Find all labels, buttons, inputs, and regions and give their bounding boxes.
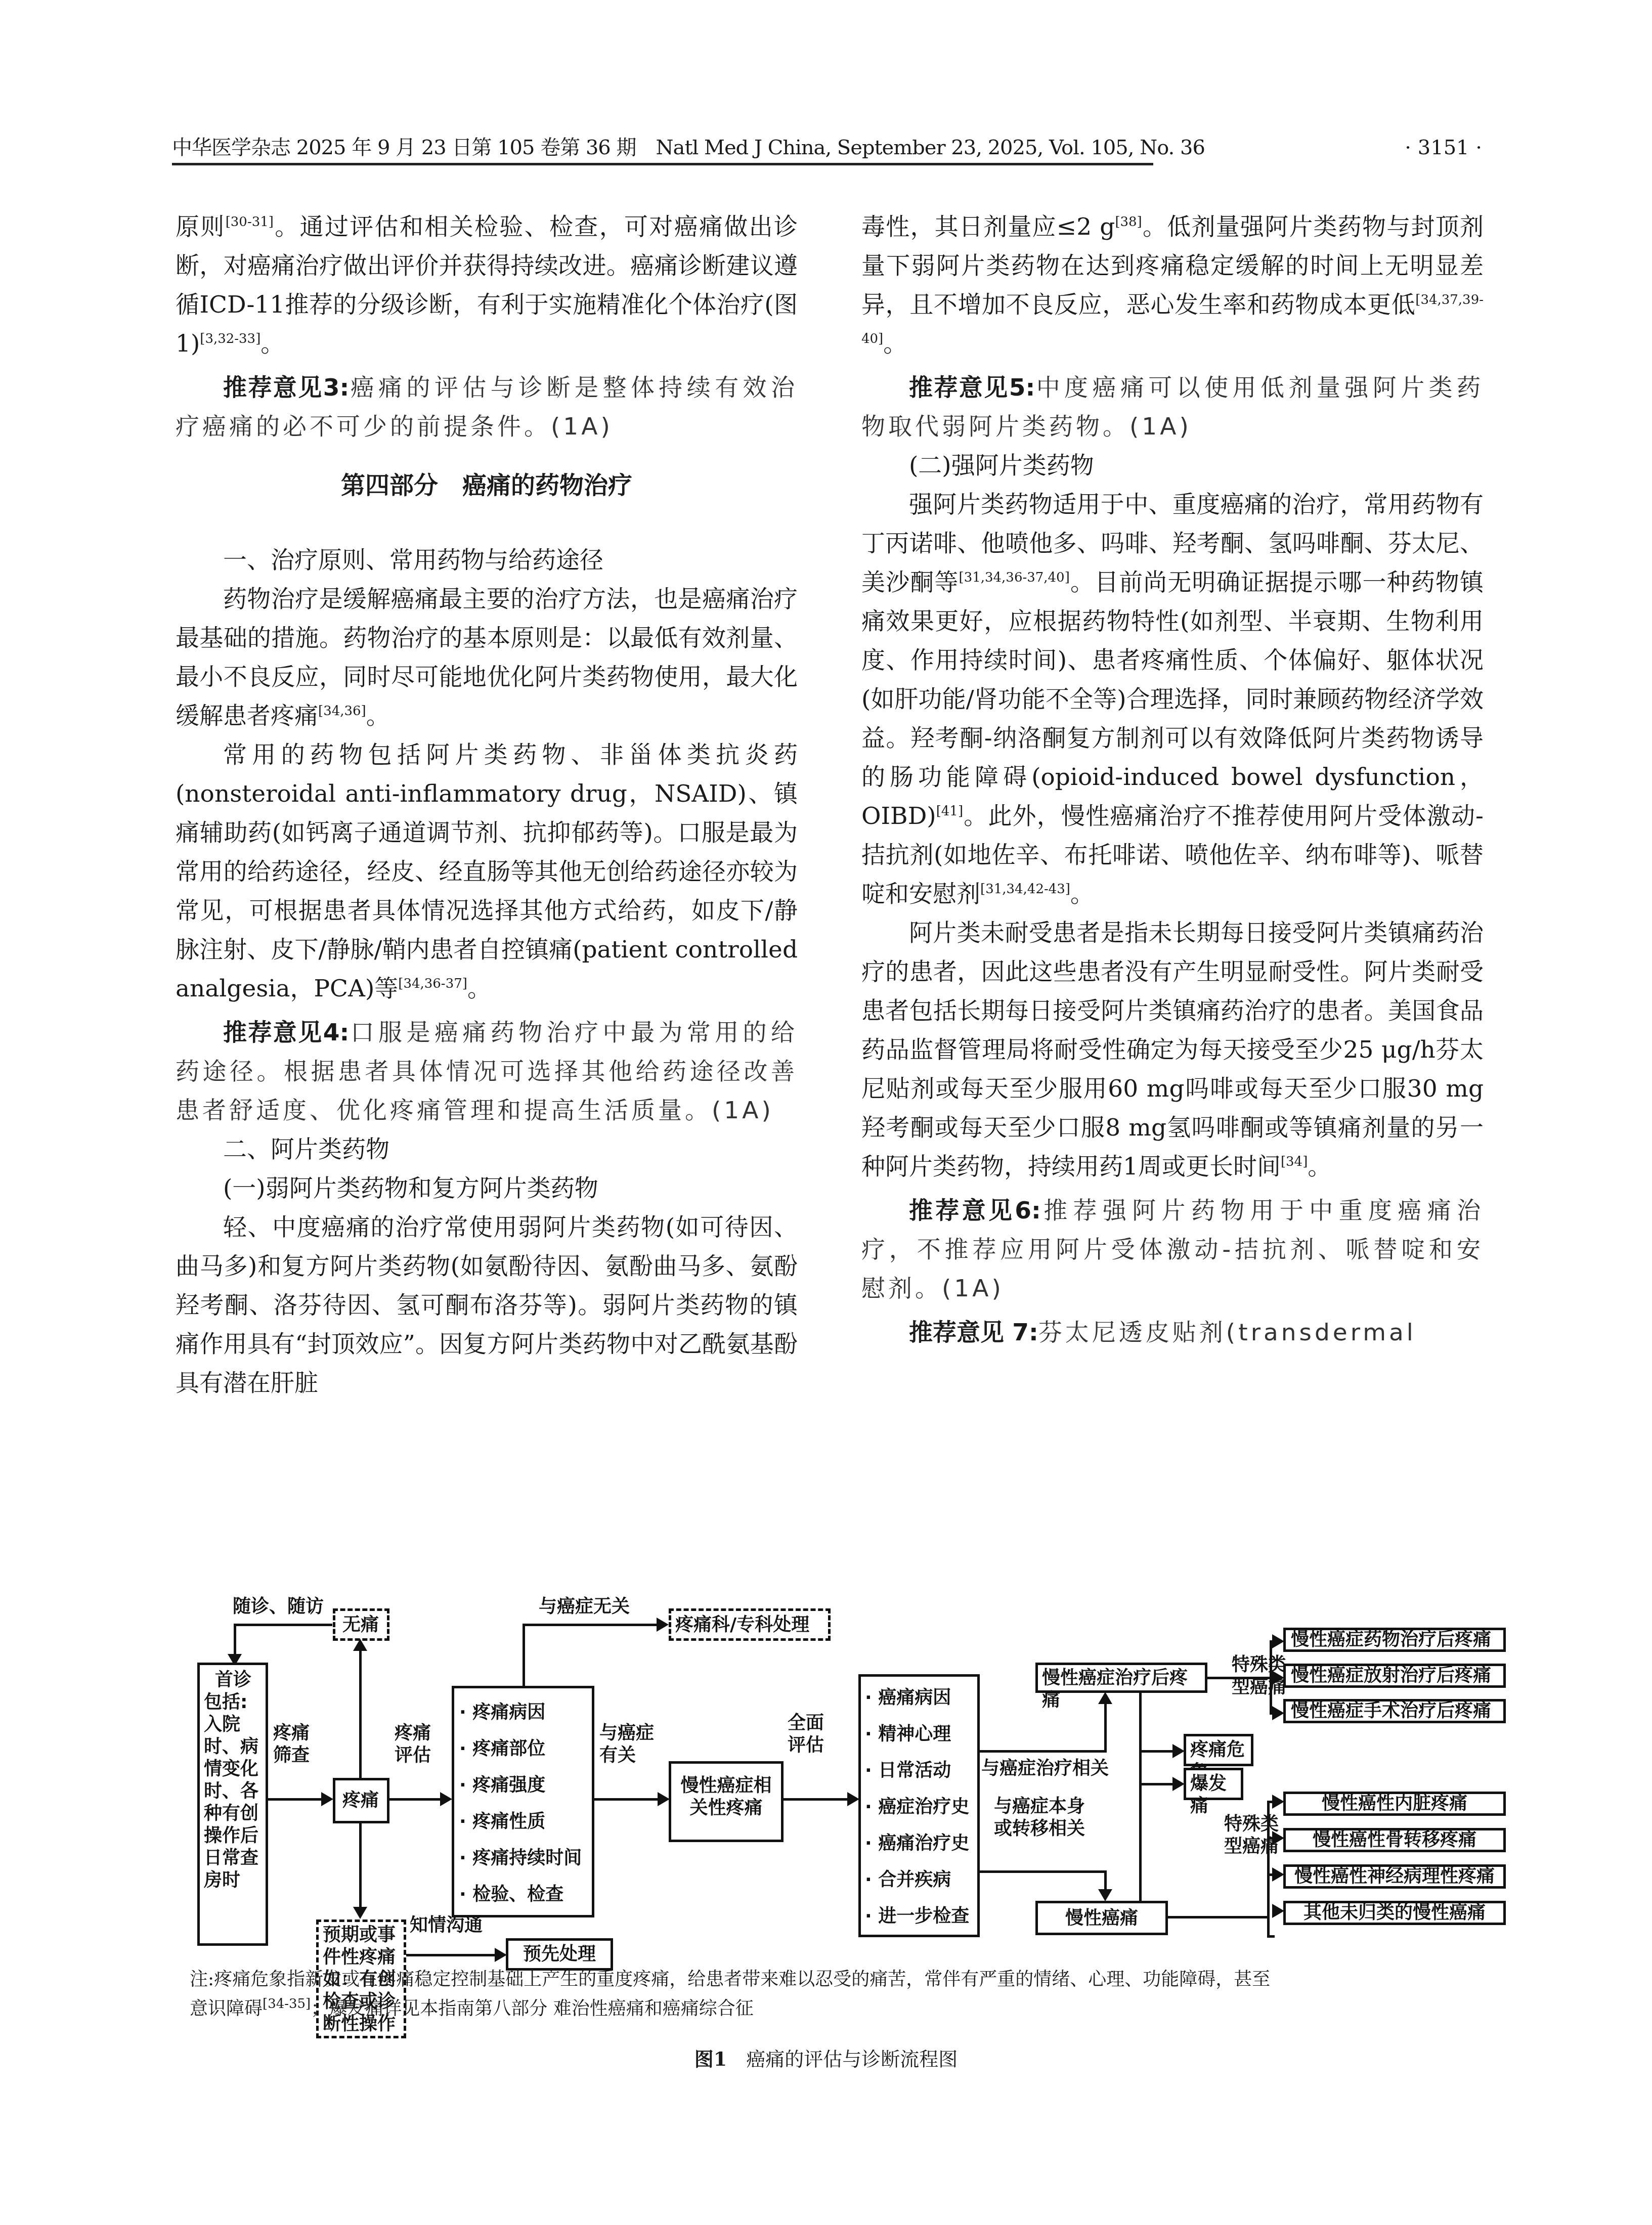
connector [523, 1624, 525, 1686]
paragraph: 药物治疗是缓解癌痛最主要的治疗方法，也是癌痛治疗最基础的措施。药物治疗的基本原则… [176, 580, 798, 735]
arrow-right-icon [1272, 1904, 1284, 1918]
recommendation-7: 推荐意见 7:芬太尼透皮贴剂(transdermal [861, 1313, 1484, 1352]
node-first-visit: 首诊 包括: 入院 时、病 情变化 时、各 种有创 操作后 日常查 房时 [197, 1663, 268, 1946]
node-assessment-items: · 疼痛病因 · 疼痛部位 · 疼痛强度 · 疼痛性质 · 疼痛持续时间 · 检… [452, 1686, 594, 1917]
arrow-right-icon [657, 1618, 669, 1632]
flowchart-figure: 随诊、随访 无痛 首诊 包括: 入院 时、病 情变化 时、各 种有创 操作后 日… [172, 1598, 1517, 1962]
edge-label-unrelated: 与癌症无关 [539, 1596, 630, 1618]
figure-title: 癌痛的评估与诊断流程图 [746, 2048, 958, 2070]
heading-2-2: (二)强阿片类药物 [861, 446, 1484, 485]
node-full-assessment-items: · 癌痛病因 · 精神心理 · 日常活动 · 癌症治疗史 · 癌痛治疗史 · 合… [858, 1674, 980, 1937]
citation[interactable]: [30-31] [226, 214, 274, 230]
arrow-up-icon [353, 1639, 367, 1651]
figure-caption: 图1 癌痛的评估与诊断流程图 [0, 2043, 1652, 2071]
connector [1139, 1750, 1175, 1753]
citation[interactable]: [38] [1115, 214, 1142, 230]
connector [594, 1798, 660, 1801]
edge-label-followup: 随诊、随访 [233, 1596, 324, 1618]
edge-label-informed: 知情沟通 [410, 1914, 483, 1937]
paragraph: 常用的药物包括阿片类药物、非甾体类抗炎药(nonsteroidal anti-i… [176, 735, 798, 1008]
edge-label-screen: 疼痛筛查 [273, 1722, 310, 1767]
arrow-right-icon [1272, 1867, 1284, 1882]
citation[interactable]: [34-35] [263, 1996, 311, 2012]
connector [1104, 1699, 1107, 1753]
connector [359, 1823, 362, 1909]
connector [1207, 1677, 1271, 1679]
left-column: 原则[30-31]。通过评估和相关检验、检查，可对癌痛做出诊断，对癌痛治疗做出评… [176, 207, 798, 1403]
heading-2: 二、阿片类药物 [176, 1130, 798, 1169]
node-visceral-pain: 慢性癌性内脏疼痛 [1283, 1792, 1506, 1816]
connector [523, 1624, 659, 1626]
node-chronic-cancer-pain: 慢性癌痛 [1035, 1901, 1168, 1935]
node-no-pain: 无痛 [333, 1608, 389, 1641]
connector [359, 1649, 362, 1778]
connector [268, 1798, 324, 1801]
heading-1: 一、治疗原则、常用药物与给药途径 [176, 541, 798, 580]
arrow-right-icon [847, 1792, 859, 1806]
paragraph: 强阿片类药物适用于中、重度癌痛的治疗，常用药物有丁丙诺啡、他喷他多、吗啡、羟考酮… [861, 485, 1484, 913]
header-rule [172, 163, 1153, 165]
arrow-down-icon [1098, 1889, 1112, 1901]
citation[interactable]: [34] [1281, 1154, 1308, 1169]
citation[interactable]: [34,36-37] [398, 976, 467, 991]
paragraph: 阿片类未耐受患者是指未长期每日接受阿片类镇痛药治疗的患者，因此这些患者没有产生明… [861, 913, 1484, 1186]
arrow-right-icon [658, 1792, 670, 1806]
connector [1104, 1870, 1107, 1891]
connector [980, 1750, 1106, 1753]
edge-label-cancer-itself: 与癌症本身或转移相关 [994, 1796, 1085, 1840]
connector [1139, 1693, 1142, 1903]
recommendation-6: 推荐意见6:推荐强阿片药物用于中重度癌痛治疗，不推荐应用阿片受体激动-拮抗剂、哌… [861, 1191, 1484, 1308]
arrow-right-icon [1172, 1744, 1185, 1758]
node-unclassified-pain: 其他未归类的慢性癌痛 [1283, 1901, 1506, 1925]
page-number: · 3151 · [1405, 133, 1482, 163]
node-pain: 疼痛 [333, 1778, 389, 1823]
paragraph: 原则[30-31]。通过评估和相关检验、检查，可对癌痛做出诊断，对癌痛治疗做出评… [176, 207, 798, 363]
node-post-drug-pain: 慢性癌症药物治疗后疼痛 [1283, 1628, 1506, 1652]
node-neuropathic-pain: 慢性癌性神经病理性疼痛 [1283, 1864, 1506, 1889]
edge-label-assess: 疼痛评估 [395, 1722, 431, 1767]
arrow-up-icon [1098, 1692, 1112, 1704]
journal-info: 中华医学杂志 2025 年 9 月 23 日第 105 卷第 36 期 Natl… [172, 133, 1205, 163]
node-cancer-related-pain: 慢性癌症相关性疼痛 [669, 1761, 784, 1842]
connector [1267, 1801, 1270, 1937]
edge-label-related: 与癌症有关 [599, 1722, 654, 1767]
arrow-right-icon [321, 1792, 333, 1806]
connector [784, 1798, 849, 1801]
arrow-right-icon [1272, 1795, 1284, 1809]
connector [234, 1624, 332, 1626]
connector [389, 1798, 443, 1801]
recommendation-3: 推荐意见3:癌痛的评估与诊断是整体持续有效治疗癌痛的必不可少的前提条件。(1A) [176, 368, 798, 446]
heading-2-1: (一)弱阿片类药物和复方阿片类药物 [176, 1169, 798, 1208]
citation[interactable]: [41] [936, 804, 963, 819]
node-bone-metastasis-pain: 慢性癌性骨转移疼痛 [1283, 1828, 1506, 1852]
arrow-right-icon [1272, 1706, 1284, 1720]
node-post-treatment-pain: 慢性癌症治疗后疼痛 [1035, 1663, 1207, 1693]
node-breakthrough-pain: 爆发痛 [1184, 1768, 1243, 1800]
arrow-right-icon [1272, 1831, 1284, 1845]
citation[interactable]: [34,36] [318, 704, 366, 719]
edge-label-treatment-related: 与癌症治疗相关 [981, 1758, 1109, 1780]
recommendation-4: 推荐意见4:口服是癌痛药物治疗中最为常用的给药途径。根据患者具体情况可选择其他给… [176, 1013, 798, 1130]
arrow-right-icon [495, 1948, 507, 1962]
connector [1267, 1935, 1275, 1938]
arrow-right-icon [1272, 1671, 1284, 1685]
node-post-radiation-pain: 慢性癌症放射治疗后疼痛 [1283, 1664, 1506, 1688]
node-pain-department: 疼痛科/专科处理 [669, 1608, 831, 1641]
connector [1168, 1916, 1269, 1918]
section-title: 第四部分 癌痛的药物治疗 [176, 466, 798, 505]
edge-label-special-2: 特殊类型癌痛 [1224, 1813, 1279, 1858]
node-post-surgery-pain: 慢性癌症手术治疗后疼痛 [1283, 1699, 1506, 1723]
node-pain-crisis: 疼痛危象 [1184, 1734, 1253, 1766]
right-column: 毒性，其日剂量应≤2 g[38]。低剂量强阿片类药物与封顶剂量下弱阿片类药物在达… [861, 207, 1484, 1352]
paragraph: 轻、中度癌痛的治疗常使用弱阿片类药物(如可待因、曲马多)和复方阿片类药物(如氨酚… [176, 1208, 798, 1403]
edge-label-full-assess: 全面评估 [788, 1712, 824, 1757]
connector [1139, 1783, 1175, 1785]
running-header: 中华医学杂志 2025 年 9 月 23 日第 105 卷第 36 期 Natl… [172, 133, 1482, 163]
arrow-right-icon [1272, 1634, 1284, 1648]
arrow-down-icon [353, 1907, 367, 1919]
connector [406, 1954, 497, 1956]
citation[interactable]: [31,34,36-37,40] [959, 570, 1070, 585]
citation[interactable]: [31,34,42-43] [980, 882, 1070, 897]
figure-note: 注:疼痛危象指新发或在疼痛稳定控制基础上产生的重度疼痛，给患者带来难以忍受的痛苦… [190, 1965, 1485, 2024]
arrow-right-icon [440, 1792, 452, 1806]
paragraph: 毒性，其日剂量应≤2 g[38]。低剂量强阿片类药物与封顶剂量下弱阿片类药物在达… [861, 207, 1484, 363]
recommendation-5: 推荐意见5:中度癌痛可以使用低剂量强阿片类药物取代弱阿片类药物。(1A) [861, 368, 1484, 446]
citation[interactable]: [3,32-33] [200, 331, 260, 346]
arrow-right-icon [1172, 1777, 1185, 1791]
connector [980, 1870, 1106, 1873]
figure-number: 图1 [694, 2047, 727, 2070]
